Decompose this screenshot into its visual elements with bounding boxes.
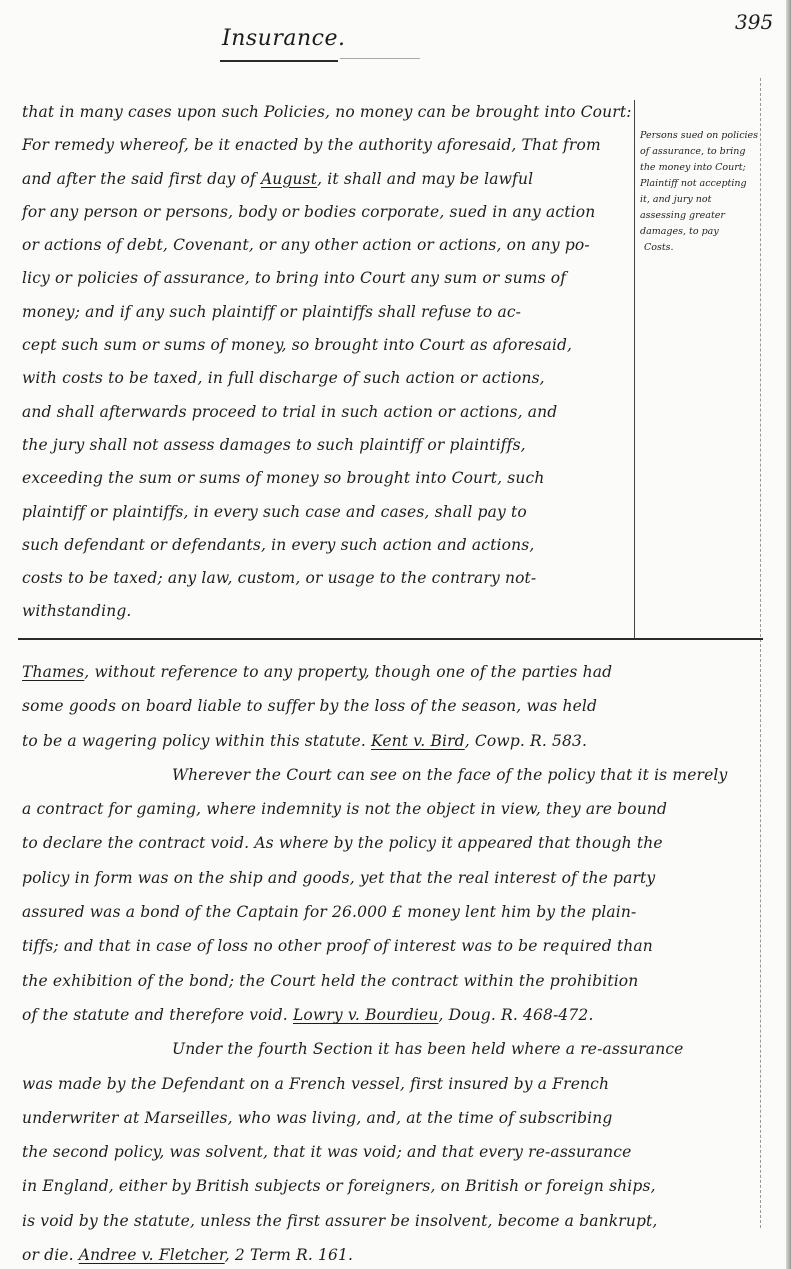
statute-text: that in many cases upon such Policies, n… — [22, 96, 634, 629]
text-line: such defendant or defendants, in every s… — [22, 529, 634, 562]
commentary-line: Thames, without reference to any propert… — [22, 655, 762, 689]
text-line-august: and after the said first day of August, … — [22, 163, 634, 196]
commentary-line: Under the fourth Section it has been hel… — [22, 1032, 762, 1066]
commentary-line: assured was a bond of the Captain for 26… — [22, 895, 762, 929]
commentary-line: in England, either by British subjects o… — [22, 1169, 762, 1203]
text-line: that in many cases upon such Policies, n… — [22, 96, 634, 129]
commentary-line: policy in form was on the ship and goods… — [22, 861, 762, 895]
margin-note: Persons sued on policies of assurance, t… — [640, 128, 758, 256]
underlined-citation: Lowry v. Bourdieu — [293, 1006, 438, 1024]
margin-note-line: damages, to pay — [640, 224, 758, 240]
manuscript-page: Insurance. 395 that in many cases upon s… — [0, 0, 791, 1269]
commentary-line: Wherever the Court can see on the face o… — [22, 758, 762, 792]
commentary-line: tiffs; and that in case of loss no other… — [22, 929, 762, 963]
text-line: exceeding the sum or sums of money so br… — [22, 462, 634, 495]
underlined-citation: August — [261, 170, 317, 188]
underlined-citation: Kent v. Bird — [371, 732, 465, 750]
commentary-line: underwriter at Marseilles, who was livin… — [22, 1101, 762, 1135]
text-line: for any person or persons, body or bodie… — [22, 196, 634, 229]
text-line: cept such sum or sums of money, so broug… — [22, 329, 634, 362]
margin-note-line: Costs. — [640, 240, 758, 256]
section-divider-rule — [18, 638, 763, 640]
commentary-line: a contract for gaming, where indemnity i… — [22, 792, 762, 826]
commentary-line: the exhibition of the bond; the Court he… — [22, 964, 762, 998]
text-line: and shall afterwards proceed to trial in… — [22, 396, 634, 429]
text-line: licy or policies of assurance, to bring … — [22, 262, 634, 295]
underlined-citation: Andree v. Fletcher — [79, 1246, 225, 1264]
running-head: Insurance. — [222, 26, 345, 51]
margin-note-line: Persons sued on policies — [640, 128, 758, 144]
margin-note-line: of assurance, to bring — [640, 144, 758, 160]
commentary-line: the second policy, was solvent, that it … — [22, 1135, 762, 1169]
text-line: or actions of debt, Covenant, or any oth… — [22, 229, 634, 262]
page-edge-shadow — [786, 0, 791, 1269]
commentary-line: was made by the Defendant on a French ve… — [22, 1067, 762, 1101]
text-line: with costs to be taxed, in full discharg… — [22, 362, 634, 395]
commentary-line: to be a wagering policy within this stat… — [22, 724, 762, 758]
text-line: money; and if any such plaintiff or plai… — [22, 296, 634, 329]
column-divider — [634, 100, 635, 638]
text-line: plaintiff or plaintiffs, in every such c… — [22, 496, 634, 529]
page-number: 395 — [735, 10, 773, 34]
commentary-line: some goods on board liable to suffer by … — [22, 689, 762, 723]
commentary-line: of the statute and therefore void. Lowry… — [22, 998, 762, 1032]
commentary-text: Thames, without reference to any propert… — [22, 655, 762, 1269]
running-head-underline — [220, 60, 338, 62]
text-line: the jury shall not assess damages to suc… — [22, 429, 634, 462]
margin-note-line: Plaintiff not accepting — [640, 176, 758, 192]
text-line: withstanding. — [22, 595, 634, 628]
margin-note-line: assessing greater — [640, 208, 758, 224]
commentary-line: to declare the contract void. As where b… — [22, 826, 762, 860]
running-head-rule — [340, 58, 420, 59]
underlined-citation: Thames — [22, 663, 84, 681]
text-line: costs to be taxed; any law, custom, or u… — [22, 562, 634, 595]
commentary-line: or die. Andree v. Fletcher, 2 Term R. 16… — [22, 1238, 762, 1269]
margin-note-line: it, and jury not — [640, 192, 758, 208]
text-line: For remedy whereof, be it enacted by the… — [22, 129, 634, 162]
margin-note-line: the money into Court; — [640, 160, 758, 176]
commentary-line: is void by the statute, unless the first… — [22, 1204, 762, 1238]
